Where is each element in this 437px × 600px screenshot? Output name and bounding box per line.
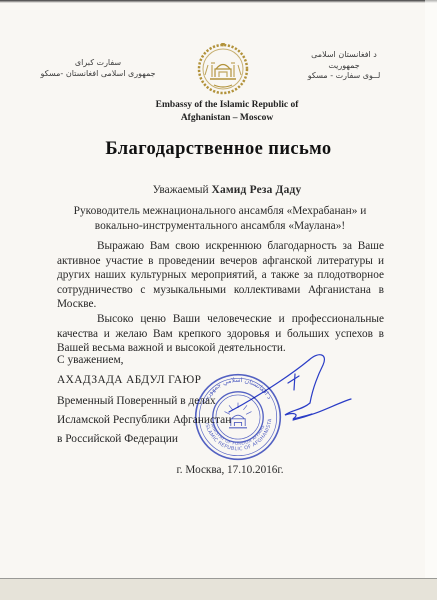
addressee-role: Руководитель межнационального ансамбля «… [48, 204, 392, 234]
scanned-letter-page: سفارت كبراى جمهورى اسلامى افغانستان -مسك… [0, 0, 437, 600]
handwritten-signature [227, 352, 355, 436]
header-arabic-right-line3: لــوى سفارت - مسكو [268, 71, 420, 82]
addressee-role-line1: Руководитель межнационального ансамбля «… [48, 204, 392, 219]
signer-title-line3: в Российской Федерации [57, 433, 178, 445]
body-paragraph-2: Высоко ценю Ваши человеческие и професси… [57, 312, 384, 356]
signer-name: АХАДЗАДА АБДУЛ ГАЮР [57, 374, 201, 386]
header-arabic-right-line1: د افغانستان اسلامى [268, 50, 420, 61]
body-paragraph-1: Выражаю Вам свою искреннюю благодарность… [57, 239, 384, 312]
date-place-line: г. Москва, 17.10.2016г. [20, 464, 437, 476]
closing-phrase: С уважением, [57, 354, 124, 366]
salutation-prefix: Уважаемый [153, 184, 212, 196]
scanner-right-edge [425, 0, 437, 578]
embassy-name-en: Embassy of the Islamic Republic of Afgha… [20, 99, 434, 125]
header-arabic-right: د افغانستان اسلامى جمهوريت لــوى سفارت -… [268, 50, 420, 82]
header-arabic-left: سفارت كبراى جمهورى اسلامى افغانستان -مسك… [18, 58, 178, 79]
scanner-top-edge [0, 0, 437, 3]
scanner-platen-area [0, 578, 437, 600]
header-arabic-left-line2: جمهورى اسلامى افغانستان -مسكو [18, 69, 178, 80]
embassy-name-line2: Afghanistan – Moscow [20, 112, 434, 125]
header-arabic-left-line1: سفارت كبراى [18, 58, 178, 69]
salutation-line: Уважаемый Хамид Реза Даду [20, 184, 434, 196]
addressee-name: Хамид Реза Даду [212, 184, 302, 196]
addressee-role-line2: вокально-инструментального ансамбля «Мау… [48, 219, 392, 234]
letter-title: Благодарственное письмо [0, 139, 437, 160]
signer-title-line1: Временный Поверенный в делах [57, 395, 216, 407]
afghanistan-emblem-icon [196, 41, 250, 98]
header-arabic-right-line2: جمهوريت [268, 61, 420, 72]
embassy-name-line1: Embassy of the Islamic Republic of [20, 99, 434, 112]
